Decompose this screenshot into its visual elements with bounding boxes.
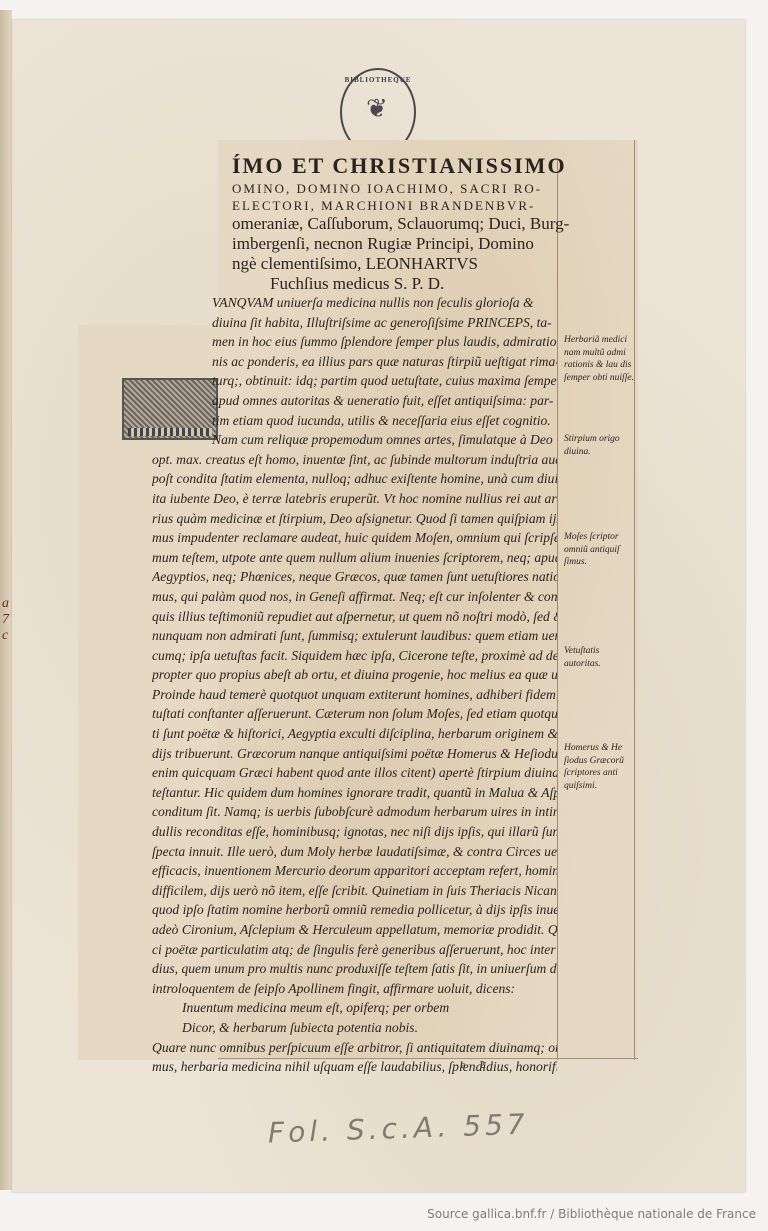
source-credit: Source gallica.bnf.fr / Bibliothèque nat… [427, 1207, 756, 1221]
body-line: Proinde haud temerè quotquot unquam exti… [152, 685, 557, 705]
body-line: quod ipſo ſtatim nomine herborũ omniũ re… [152, 900, 557, 920]
body-line: mum teſtem, utpote ante quem nullum aliu… [152, 548, 557, 568]
signature-mark: a 2 [461, 1060, 491, 1071]
body-line: opt. max. creatus eſt homo, inuentæ ſint… [152, 450, 557, 470]
margin-note-homerus: Homerus & He ſiodus Græcorũ ſcriptores a… [564, 742, 634, 792]
title-line-7: Fuchſius medicus S. P. D. [232, 274, 572, 294]
body-line: Quare nunc omnibus perſpicuum eſſe arbit… [152, 1038, 557, 1058]
verse-line: Dicor, & herbarum ſubiecta potentia nobi… [182, 1018, 557, 1038]
dedication-body: VANQVAM uniuerſa medicina nullis non ſec… [212, 293, 557, 1077]
body-line: VANQVAM uniuerſa medicina nullis non ſec… [212, 293, 557, 313]
margin-note-vetustatis: Vetuſtatis autoritas. [564, 645, 634, 670]
laurel-sprig-icon: ❦ [366, 94, 388, 124]
margin-note-herbaria: Herbariã medici nam multũ admi rationis … [564, 334, 634, 384]
body-line: apud omnes autoritas & ueneratio fuit, e… [212, 391, 557, 411]
body-line: mus impudenter reclamare audeat, huic qu… [152, 528, 557, 548]
margin-rule [634, 140, 635, 1060]
body-line: dius, quem unum pro multis nunc produxiſ… [152, 959, 557, 979]
body-line: Nam cum reliquæ propemodum omnes artes, … [212, 430, 557, 450]
body-line: ita iubente Deo, è terræ latebris eruper… [152, 489, 557, 509]
body-line: Aegyptios, neq; Phœnices, neque Græcos, … [152, 567, 557, 587]
body-line: efficacis, inuentionem Mercurio deorum a… [152, 861, 557, 881]
body-line: adeò Cironium, Aſclepium & Herculeum app… [152, 920, 557, 940]
body-line: dijs tribuerunt. Græcorum nanque antiqui… [152, 744, 557, 764]
body-line: mus, qui palàm quod nos, in Geneſi affir… [152, 587, 557, 607]
body-line: enim quicquam Græci habent quod ante ill… [152, 763, 557, 783]
margin-note-stirpium: Stirpium origo diuina. [564, 433, 634, 458]
woodcut-initial-illustration [122, 378, 218, 440]
body-line: turq;, obtinuit: idq; partim quod uetuſt… [212, 371, 557, 391]
body-line: nis ac ponderis, ea illius pars quæ natu… [212, 352, 557, 372]
body-line: ti ſunt poëtæ & hiſtorici, Aegyptia excu… [152, 724, 557, 744]
body-line: mus, herbaria medicina nihil uſquam eſſe… [152, 1057, 557, 1077]
body-line: ſpecta innuit. Ille uerò, dum Moly herbæ… [152, 842, 557, 862]
title-line-2: OMINO, DOMINO IOACHIMO, SACRI RO- [232, 180, 572, 197]
verse-line: Inuentum medicina meum eſt, opiferq; per… [182, 998, 557, 1018]
column-rule [557, 160, 558, 1060]
title-line-3: ELECTORI, MARCHIONI BRANDENBVR- [232, 197, 572, 214]
title-line-6: ngè clementiſsimo, LEONHARTVS [232, 254, 572, 274]
body-line: tim etiam quod iucunda, utilis & neceſſa… [212, 411, 557, 431]
body-line: difficilem, dijs uerò nõ item, eſſe ſcri… [152, 881, 557, 901]
body-line: tuſtati conſtanter aſſeruerunt. Cæterum … [152, 704, 557, 724]
margin-note-moses: Moſes ſcriptor omniũ antiquiſ ſimus. [564, 531, 634, 569]
body-line: ci poëtæ particulatim atq; de ſingulis f… [152, 940, 557, 960]
body-line: poſt condita ſtatim elementa, nulloq; ad… [152, 469, 557, 489]
body-line: dullis reconditas eſſe, hominibusq; igno… [152, 822, 557, 842]
title-line-4: omeraniæ, Caſſuborum, Sclauorumq; Duci, … [232, 214, 572, 234]
body-line: diuina ſit habita, Illuſtriſsime ac gene… [212, 313, 557, 333]
body-line: propter quo propius abeſt ab ortu, et di… [152, 665, 557, 685]
facing-page-marks: a 7 c [2, 596, 9, 644]
body-line: rius quàm medicinæ et ſtirpium, Deo aſsi… [152, 509, 557, 529]
dedication-title: ÍMO ET CHRISTIANISSIMO OMINO, DOMINO IOA… [232, 152, 572, 294]
body-line: men in hoc eius ſummo ſplendore ſemper p… [212, 332, 557, 352]
title-line-5: imbergenſi, necnon Rugiæ Principi, Domin… [232, 234, 572, 254]
body-line: conditum ſit. Namq; is uerbis ſubobſcurè… [152, 802, 557, 822]
body-line: nunquam non admirati ſunt, ſummisq; extu… [152, 626, 557, 646]
stamp-top-text: BIBLIOTHEQUE [342, 76, 414, 84]
title-line-1: ÍMO ET CHRISTIANISSIMO [232, 152, 572, 180]
body-line: teſtantur. Hic quidem dum homines ignora… [152, 783, 557, 803]
body-line: quis illius teſtimoniũ repudiet aut aſpe… [152, 607, 557, 627]
body-line: introloquentem de ſeipſo Apollinem fingi… [152, 979, 557, 999]
body-line: cumq; ipſa uetuſtas facit. Siquidem hæc … [152, 646, 557, 666]
